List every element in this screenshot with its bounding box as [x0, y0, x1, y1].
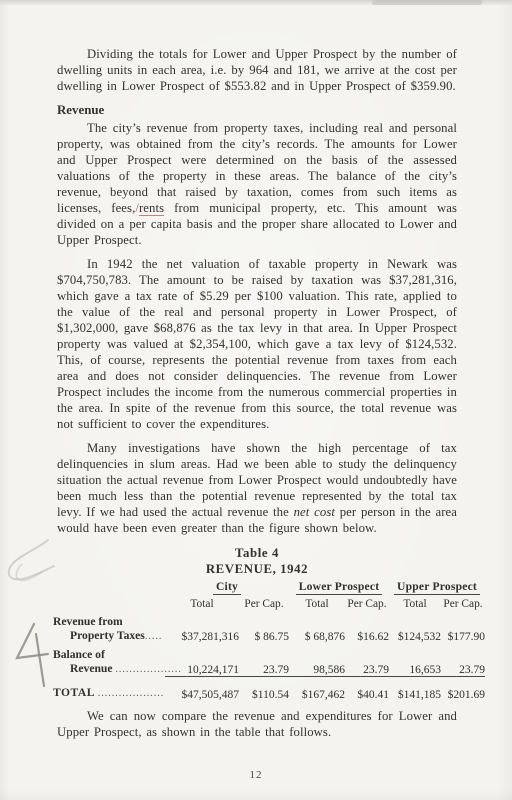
table-number-title: Table 4 [57, 545, 457, 561]
group-header-lower-prospect-label: Lower Prospect [296, 580, 383, 595]
cell-city-percap: 23.79 [239, 643, 289, 676]
row-label-line1: TOTAL ................... [53, 686, 165, 701]
dot-leader: ..... [145, 631, 163, 642]
pencil-numeral-4 [12, 620, 56, 692]
cell-upper-total: $124,532 [389, 610, 441, 643]
pencil-scribble-mark [2, 536, 58, 592]
group-header-lower-prospect: Lower Prospect [289, 580, 389, 595]
cell-city-percap: $110.54 [239, 676, 289, 701]
cell-lower-percap: 23.79 [345, 643, 389, 676]
paragraph-closing: We can now compare the revenue and expen… [57, 708, 457, 740]
row-label-total: TOTAL ................... [53, 676, 165, 701]
cell-city-total: $47,505,487 [165, 676, 239, 701]
cell-lower-total: 98,586 [289, 643, 345, 676]
col-header-city-total: Total [165, 595, 239, 610]
row-label-balance: Balance of Revenue ................... [53, 643, 165, 676]
row-label-line1: Balance of [53, 648, 165, 662]
row-label-text: Property Taxes [70, 629, 145, 642]
text-segment: In 1942 the net valuation of taxable pro… [57, 257, 457, 431]
revenue-table-block: Table 4 REVENUE, 1942 City Lower Prospec… [57, 545, 457, 701]
cell-upper-percap: $177.90 [441, 610, 485, 643]
proof-underline-segment: rents [139, 201, 164, 216]
col-header-upper-percap: Per Cap. [441, 595, 485, 610]
paragraph-1942-valuation: In 1942 the net valuation of taxable pro… [57, 256, 457, 432]
table-row-balance-of-revenue: Balance of Revenue ................... 1… [53, 643, 485, 676]
scan-smudge [372, 0, 482, 5]
cell-upper-total: $141,185 [389, 676, 441, 701]
row-label-text: Revenue [70, 662, 113, 675]
col-header-city-percap: Per Cap. [239, 595, 289, 610]
table-group-header-row: City Lower Prospect Upper Prospect [53, 580, 485, 595]
paragraph-tax-delinquencies: Many investigations have shown the high … [57, 440, 457, 536]
text-segment: We can now compare the revenue and expen… [57, 709, 457, 739]
dot-leader: ................... [115, 664, 182, 675]
section-heading-revenue: Revenue [57, 103, 457, 118]
empty-corner-cell [53, 580, 165, 595]
group-header-city-label: City [213, 580, 241, 595]
cell-lower-total: $ 68,876 [289, 610, 345, 643]
table-subtitle: REVENUE, 1942 [57, 561, 457, 577]
dot-leader: ................... [98, 688, 165, 699]
text-segment: Dividing the totals for Lower and Upper … [57, 47, 457, 93]
col-header-lower-total: Total [289, 595, 345, 610]
empty-label-header [53, 595, 165, 610]
scanned-page: Dividing the totals for Lower and Upper … [0, 0, 512, 800]
group-header-upper-prospect-label: Upper Prospect [394, 580, 480, 595]
cell-upper-percap: 23.79 [441, 643, 485, 676]
col-header-lower-percap: Per Cap. [345, 595, 389, 610]
row-label-line2: Revenue ................... [53, 662, 165, 677]
row-label-line1: Revenue from [53, 615, 165, 629]
group-header-upper-prospect: Upper Prospect [389, 580, 485, 595]
table-row-total: TOTAL ................... $47,505,487 $1… [53, 676, 485, 701]
cell-upper-total: 16,653 [389, 643, 441, 676]
cell-upper-percap: $201.69 [441, 676, 485, 701]
paragraph-cost-per-dwelling: Dividing the totals for Lower and Upper … [57, 46, 457, 94]
cell-city-total: $37,281,316 [165, 610, 239, 643]
table-row-property-taxes: Revenue from Property Taxes..... $37,281… [53, 610, 485, 643]
total-label-text: TOTAL [53, 686, 94, 699]
italic-segment: net cost [294, 505, 335, 519]
row-label-line2: Property Taxes..... [53, 629, 165, 644]
page-number: 12 [0, 769, 512, 781]
col-header-upper-total: Total [389, 595, 441, 610]
group-header-city: City [165, 580, 289, 595]
cell-lower-percap: $16.62 [345, 610, 389, 643]
row-label-property-taxes: Revenue from Property Taxes..... [53, 610, 165, 643]
revenue-1942-table: City Lower Prospect Upper Prospect Total… [53, 580, 485, 701]
cell-lower-percap: $40.41 [345, 676, 389, 701]
table-column-header-row: Total Per Cap. Total Per Cap. Total Per … [53, 595, 485, 610]
cell-city-percap: $ 86.75 [239, 610, 289, 643]
cell-lower-total: $167,462 [289, 676, 345, 701]
paragraph-revenue-sources: The city’s revenue from property taxes, … [57, 120, 457, 248]
